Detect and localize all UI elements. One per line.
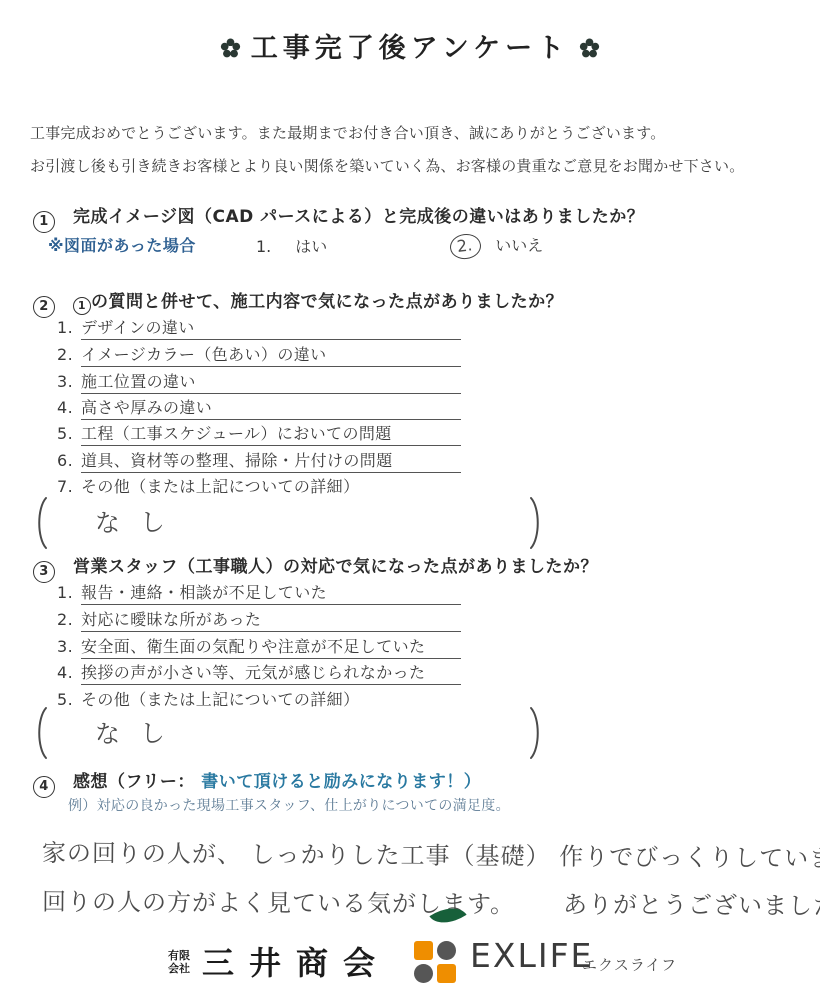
option-number: 5. [57,690,81,709]
flower-icon [220,35,241,66]
question-2-number: 2 [33,296,55,318]
option-label: その他（または上記についての詳細） [81,690,359,709]
feedback-line-2b: ありがとうございました [563,891,820,920]
q2-option-row: 3.施工位置の違い [57,369,461,394]
company-logo-text: 三井商会 [202,938,390,984]
option-number: 1. [57,583,81,602]
option-label: 工程（工事スケジュール）においての問題 [81,421,461,446]
question-1-options-row: ※図面があった場合 1.はい 2.いいえ [48,233,788,256]
option-number: 5. [57,424,81,443]
intro-line-1: 工事完成おめでとうございます。また最期までお付き合い頂き、誠にありがとうございま… [30,122,665,143]
brand-logo-text: EXLIFE [470,936,593,975]
bracket-icon [528,706,544,764]
option-number: 2. [57,345,81,364]
feedback-handwriting-line-1: 家の回りの人が、 しっかりした工事（基礎） 作りでびっくりしていました [42,833,820,874]
q2-option-row: 5.工程（工事スケジュール）においての問題 [57,421,461,446]
question-2-ref-number: 1 [73,297,91,315]
question-1-option-no: 2.いいえ [450,233,543,259]
title-text: 工事完了後アンケート [251,33,569,64]
option-label: いいえ [495,236,543,255]
option-label: デザインの違い [81,315,461,340]
exlife-logo-mark [414,903,466,987]
page-title: 工事完了後アンケート [0,26,820,66]
q2-option-row: 4.高さや厚みの違い [57,395,461,420]
brand-kana-text: エクスライフ [582,954,677,975]
question-4-number: 4 [33,776,55,798]
question-4-label: 感想（フリー： [73,772,195,792]
question-1-note: ※図面があった場合 [48,236,196,255]
option-number: 1. [57,318,81,337]
leaf-icon [429,899,466,932]
q2-option-row: 7.その他（または上記についての詳細） [57,474,359,497]
option-number: 7. [57,477,81,496]
company-prefix-line1: 有限 [168,949,190,962]
question-2-text: の質問と併せて、施工内容で気になった点がありましたか？ [91,292,563,312]
option-label: 安全面、衛生面の気配りや注意が不足していた [81,634,461,659]
q3-option-row: 2.対応に曖昧な所があった [57,607,461,632]
question-3-heading: 3営業スタッフ（工事職人）の対応で気になった点がありましたか？ [33,552,598,583]
question-1-option-yes: 1.はい [256,234,327,257]
question-4-heading: 4感想（フリー： 書いて頂けると励みになります！） [33,767,481,798]
question-2-heading: 21の質問と併せて、施工内容で気になった点がありましたか？ [33,287,563,318]
question-1-heading: 1完成イメージ図（CAD パースによる）と完成後の違いはありましたか？ [33,202,644,233]
option-number: 2. [57,610,81,629]
question-3-text: 営業スタッフ（工事職人）の対応で気になった点がありましたか？ [73,557,598,577]
q2-option-row: 6.道具、資材等の整理、掃除・片付けの問題 [57,448,461,473]
intro-line-2: お引渡し後も引き続きお客様とより良い関係を築いていく為、お客様の貴重なご意見をお… [30,155,744,176]
bracket-icon [33,496,49,554]
q2-option-row: 1.デザインの違い [57,315,461,340]
option-number: 6. [57,451,81,470]
selected-answer-circle: 2. [449,232,483,261]
option-number: 3. [57,637,81,656]
q2-option-row: 2.イメージカラー（色あい）の違い [57,342,461,367]
company-prefix: 有限 会社 [168,949,190,975]
option-label: はい [295,237,327,256]
option-number: 4. [57,398,81,417]
option-label: イメージカラー（色あい）の違い [81,342,461,367]
option-label: 挨拶の声が小さい等、元気が感じられなかった [81,660,461,685]
option-number: 4. [57,663,81,682]
question-1-number: 1 [33,211,55,233]
question-1-text: 完成イメージ図（CAD パースによる）と完成後の違いはありましたか？ [73,207,644,227]
q3-option-row: 1.報告・連絡・相談が不足していた [57,580,461,605]
option-label: その他（または上記についての詳細） [81,477,359,496]
option-number: 1. [256,237,271,256]
question-3-number: 3 [33,561,55,583]
option-number: 3. [57,372,81,391]
question-4-example: 例）対応の良かった現場工事スタッフ、仕上がりについての満足度。 [68,795,510,815]
option-label: 高さや厚みの違い [81,395,461,420]
option-label: 施工位置の違い [81,369,461,394]
q3-option-row: 4.挨拶の声が小さい等、元気が感じられなかった [57,660,461,685]
survey-document: 工事完了後アンケート 工事完成おめでとうございます。また最期までお付き合い頂き、… [0,0,820,999]
option-label: 報告・連絡・相談が不足していた [81,580,461,605]
exlife-squares-icon [414,941,458,985]
q3-option-row: 5.その他（または上記についての詳細） [57,687,359,710]
question-4-highlight: 書いて頂けると励みになります！） [201,772,481,792]
bracket-icon [33,706,49,764]
option-label: 対応に曖昧な所があった [81,607,461,632]
company-prefix-line2: 会社 [168,962,190,975]
flower-icon [579,35,600,66]
bracket-icon [528,496,544,554]
q2-handwritten-answer: なし [95,502,186,540]
q3-option-row: 3.安全面、衛生面の気配りや注意が不足していた [57,634,461,659]
option-label: 道具、資材等の整理、掃除・片付けの問題 [81,448,461,473]
q3-handwritten-answer: なし [95,713,186,751]
